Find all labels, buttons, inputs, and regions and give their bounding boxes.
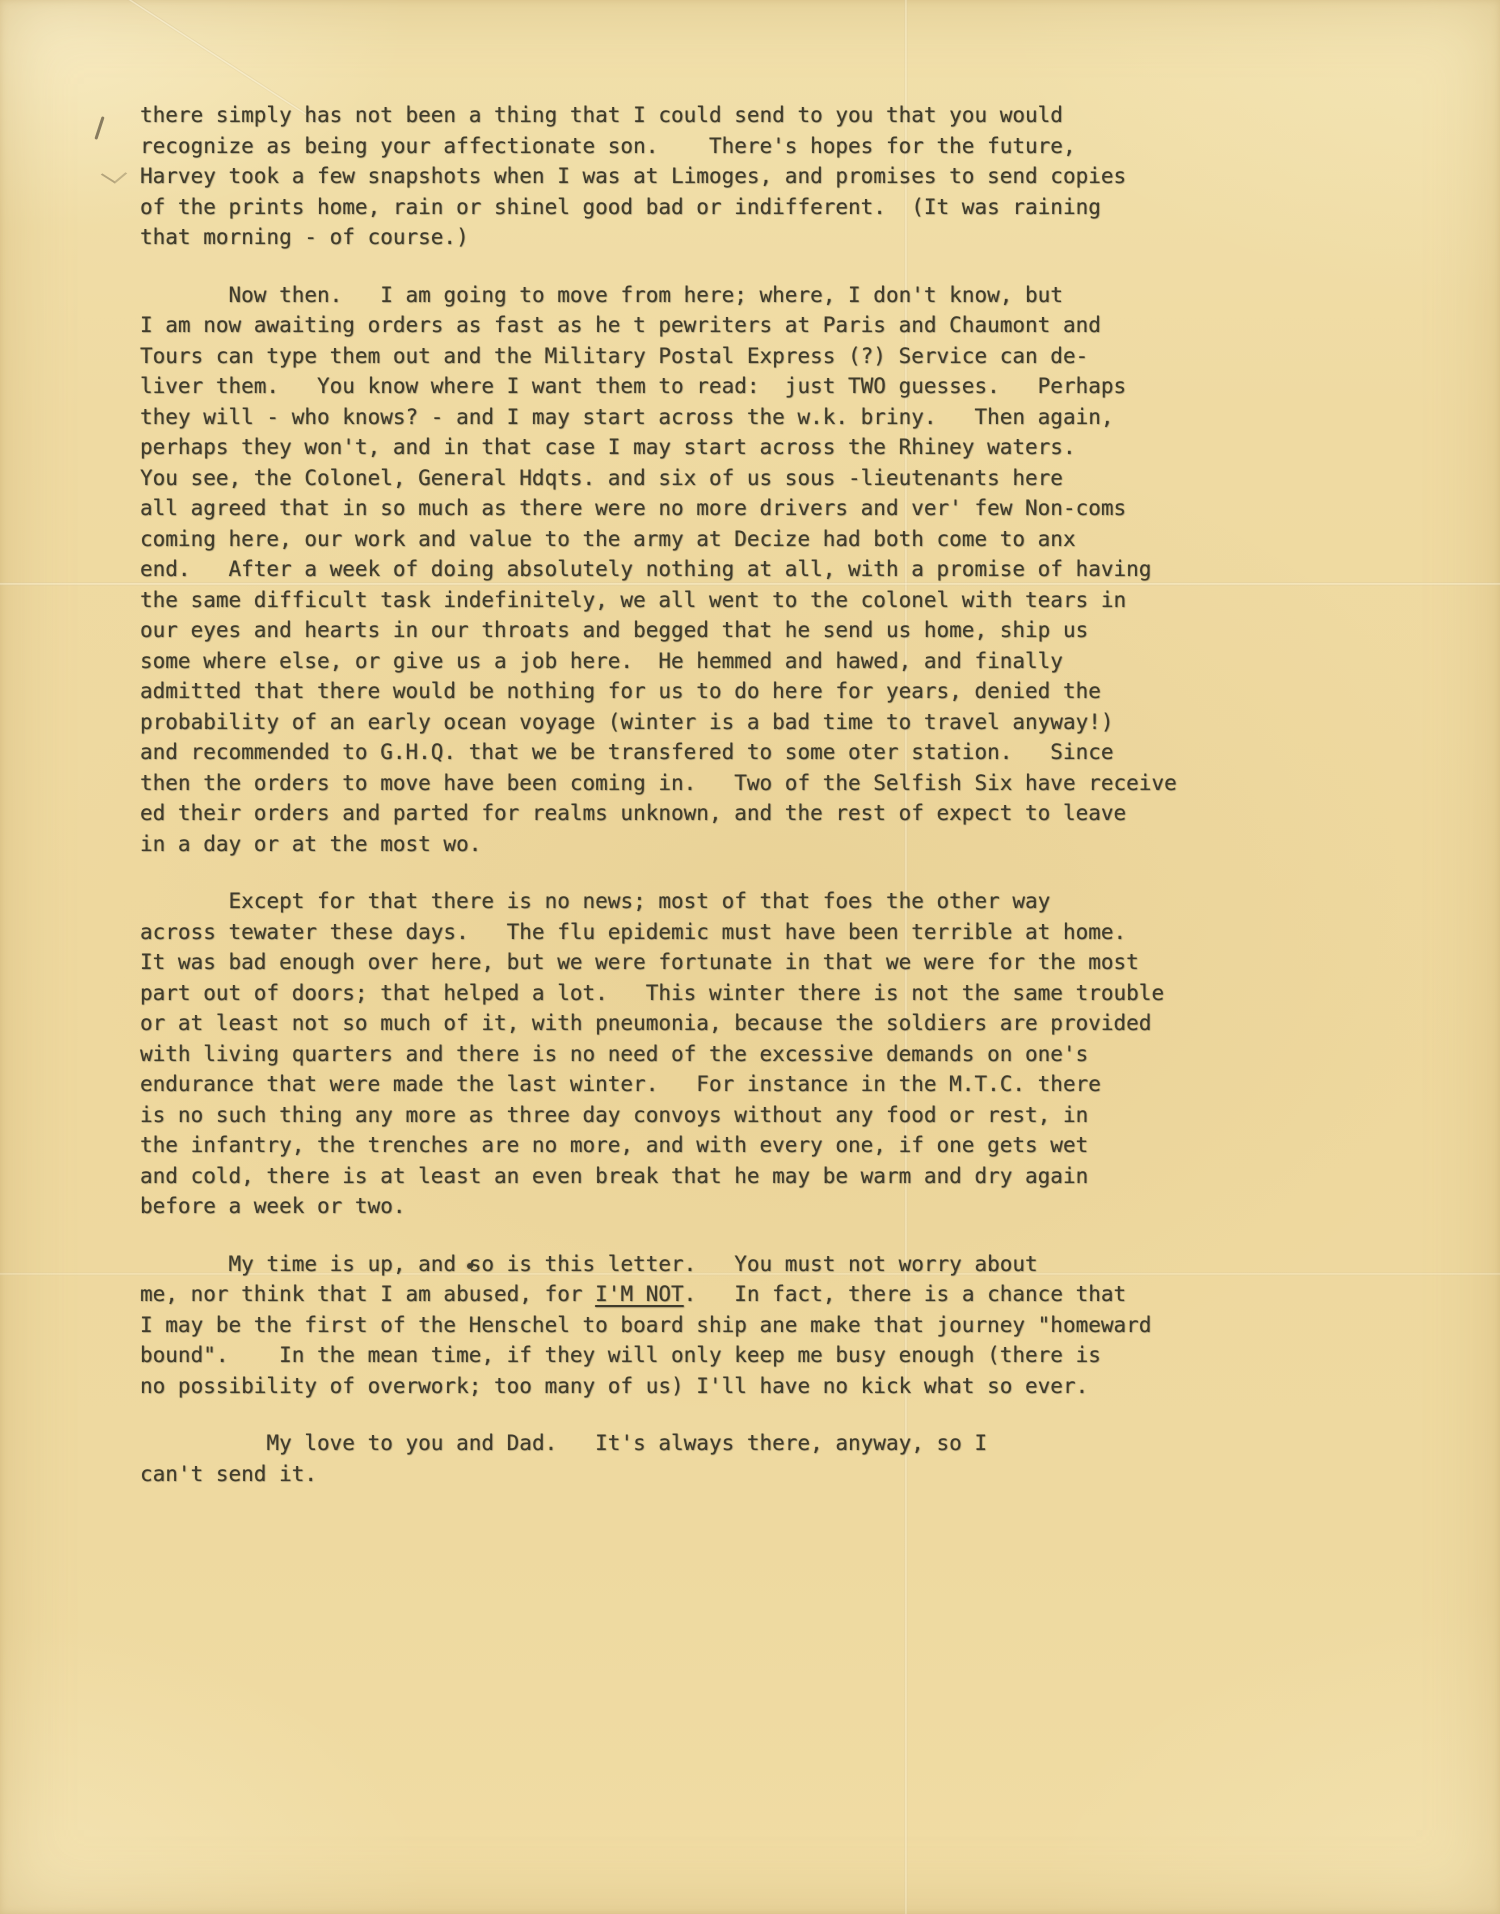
paragraph-2: Now then. I am going to move from here; … (140, 280, 1420, 860)
letter-page: there simply has not been a thing that I… (0, 0, 1500, 1914)
underlined-phrase: I'M NOT (595, 1282, 684, 1306)
paragraph-4: My time is up, and so is this letter. Yo… (140, 1249, 1420, 1402)
paragraph-1: there simply has not been a thing that I… (140, 100, 1420, 253)
paragraph-3: Except for that there is no news; most o… (140, 886, 1420, 1222)
pen-slash-mark (94, 116, 104, 140)
letter-text-block: there simply has not been a thing that I… (140, 100, 1420, 1516)
faint-check-mark (101, 164, 128, 183)
paragraph-5-closing: My love to you and Dad. It's always ther… (140, 1428, 1420, 1489)
